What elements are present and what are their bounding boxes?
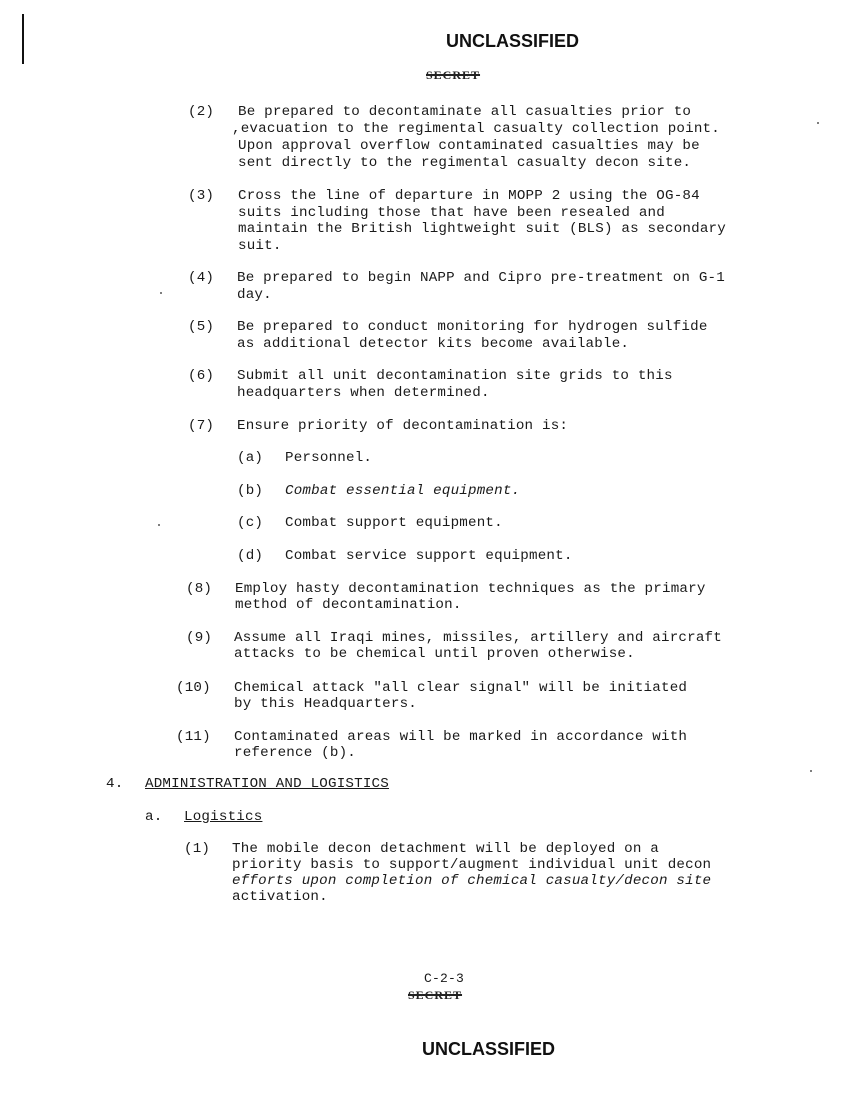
page-number: C-2-3: [424, 970, 464, 987]
item-number: (4): [188, 270, 214, 287]
subitem-number: (c): [237, 515, 263, 532]
item-line: activation.: [232, 889, 328, 906]
item-number: (10): [176, 680, 211, 697]
item-number: (8): [186, 581, 212, 598]
item-line: as additional detector kits become avail…: [237, 336, 629, 353]
scan-speck: [810, 770, 812, 772]
item-line: method of decontamination.: [235, 597, 462, 614]
item-number: (6): [188, 368, 214, 385]
item-line: Cross the line of departure in MOPP 2 us…: [238, 188, 700, 205]
item-line: priority basis to support/augment indivi…: [232, 857, 711, 874]
item-line: Be prepared to conduct monitoring for hy…: [237, 319, 708, 336]
item-line: day.: [237, 287, 272, 304]
item-line: Be prepared to decontaminate all casualt…: [238, 104, 691, 121]
item-line: by this Headquarters.: [234, 696, 417, 713]
item-line: efforts upon completion of chemical casu…: [232, 873, 711, 890]
item-number: (11): [176, 729, 211, 746]
subitem-text: Personnel.: [285, 450, 372, 467]
section-number: 4.: [106, 776, 123, 793]
subitem-text: Combat essential equipment.: [285, 483, 520, 500]
item-line: maintain the British lightweight suit (B…: [238, 221, 726, 238]
item-line: Upon approval overflow contaminated casu…: [238, 138, 700, 155]
item-line: suits including those that have been res…: [238, 205, 665, 222]
scan-edge-mark: [22, 14, 24, 64]
item-line: ,evacuation to the regimental casualty c…: [232, 121, 720, 138]
subitem-number: (a): [237, 450, 263, 467]
item-line: sent directly to the regimental casualty…: [238, 155, 691, 172]
scan-speck: [817, 122, 819, 124]
item-line: Be prepared to begin NAPP and Cipro pre-…: [237, 270, 725, 287]
item-number: (9): [186, 630, 212, 647]
item-line: Submit all unit decontamination site gri…: [237, 368, 673, 385]
item-line: suit.: [238, 238, 282, 255]
item-number: (3): [188, 188, 214, 205]
item-number: (5): [188, 319, 214, 336]
item-line: Assume all Iraqi mines, missiles, artill…: [234, 630, 722, 647]
subsection-number: a.: [145, 809, 162, 826]
scan-speck: [160, 292, 162, 294]
item-number: (7): [188, 418, 214, 435]
item-number: (1): [184, 841, 210, 858]
subitem-text: Combat service support equipment.: [285, 548, 573, 565]
item-line: reference (b).: [234, 745, 356, 762]
item-line: The mobile decon detachment will be depl…: [232, 841, 659, 858]
classification-banner-top: UNCLASSIFIED: [446, 31, 579, 52]
item-line: attacks to be chemical until proven othe…: [234, 646, 635, 663]
subsection-title: Logistics: [184, 809, 262, 826]
classification-banner-bottom: UNCLASSIFIED: [422, 1039, 555, 1060]
item-line: Chemical attack "all clear signal" will …: [234, 680, 687, 697]
subitem-number: (d): [237, 548, 263, 565]
scan-speck: [158, 524, 160, 526]
subitem-number: (b): [237, 483, 263, 500]
secret-mark-top: SECRET: [426, 68, 480, 83]
item-line: Ensure priority of decontamination is:: [237, 418, 568, 435]
item-line: headquarters when determined.: [237, 385, 490, 402]
item-number: (2): [188, 104, 214, 121]
subitem-text: Combat support equipment.: [285, 515, 503, 532]
item-line: Contaminated areas will be marked in acc…: [234, 729, 687, 746]
section-title: ADMINISTRATION AND LOGISTICS: [145, 776, 389, 793]
secret-mark-bottom: SECRET: [408, 988, 462, 1003]
item-line: Employ hasty decontamination techniques …: [235, 581, 706, 598]
